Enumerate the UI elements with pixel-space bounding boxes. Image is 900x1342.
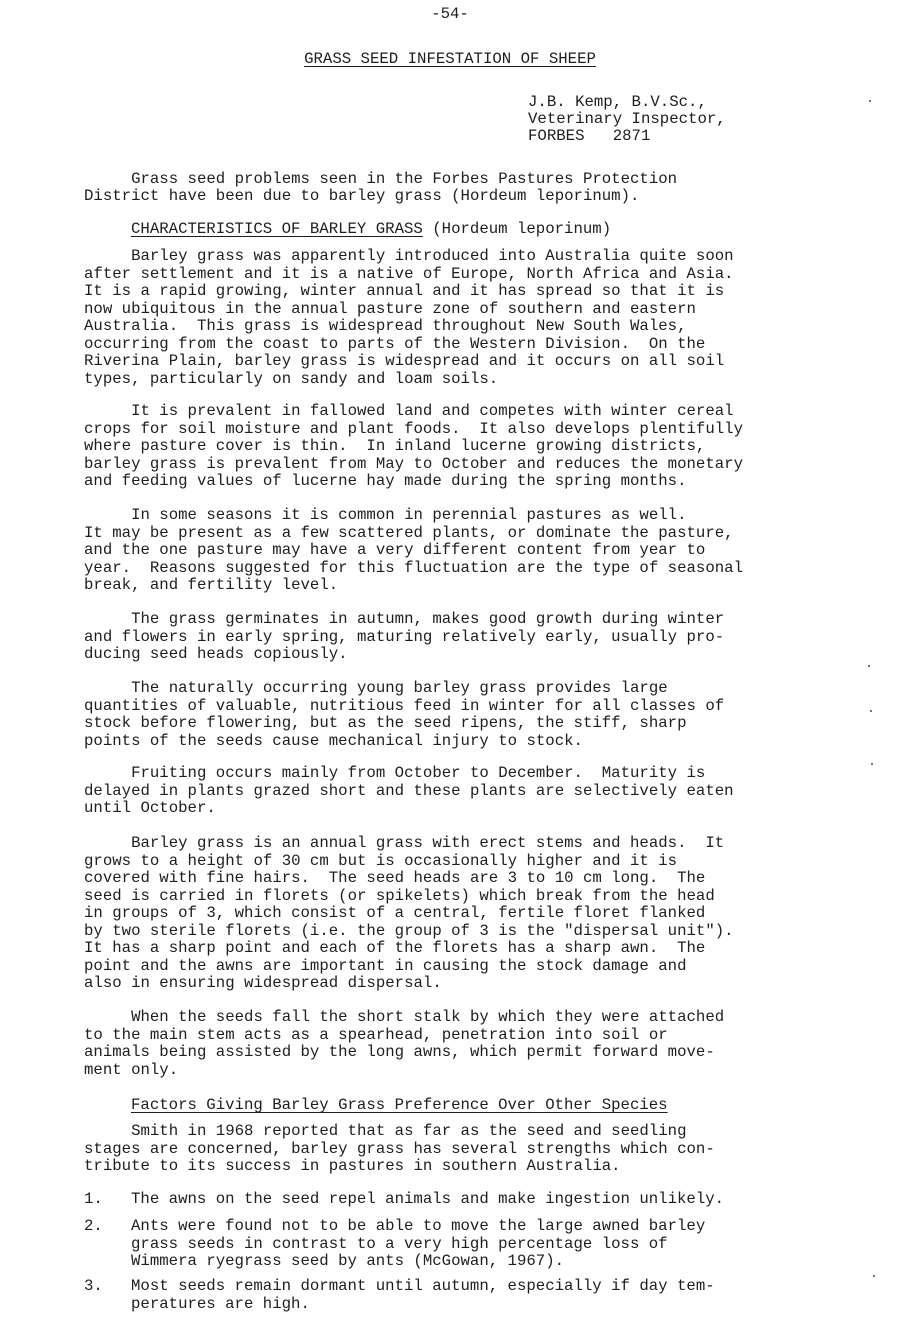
text-line: quantities of valuable, nutritious feed … (84, 698, 724, 715)
text-line: It is prevalent in fallowed land and com… (84, 403, 734, 420)
text-line: year. Reasons suggested for this fluctua… (84, 560, 743, 577)
text-line: Barley grass is an annual grass with ere… (84, 835, 724, 852)
text-line: Most seeds remain dormant until autumn, … (131, 1278, 715, 1295)
text-line: Grass seed problems seen in the Forbes P… (84, 171, 677, 188)
text-line: ment only. (84, 1062, 178, 1079)
section-heading-text: CHARACTERISTICS OF BARLEY GRASS (131, 220, 423, 238)
text-line: tribute to its success in pastures in so… (84, 1158, 621, 1175)
text-line: in groups of 3, which consist of a centr… (84, 905, 705, 922)
text-line: and flowers in early spring, maturing re… (84, 629, 724, 646)
list-number: 3. (84, 1278, 103, 1295)
text-line: now ubiquitous in the annual pasture zon… (84, 301, 696, 318)
text-line: barley grass is prevalent from May to Oc… (84, 456, 743, 473)
text-line: Smith in 1968 reported that as far as th… (84, 1123, 687, 1140)
document-page: -54- GRASS SEED INFESTATION OF SHEEP J.B… (0, 0, 900, 1342)
text-line: break, and fertility level. (84, 577, 338, 594)
list-number: 2. (84, 1218, 103, 1235)
text-line: Wimmera ryegrass seed by ants (McGowan, … (131, 1253, 564, 1270)
text-line: The grass germinates in autumn, makes go… (84, 611, 724, 628)
text-line: occurring from the coast to parts of the… (84, 336, 705, 353)
text-line: by two sterile florets (i.e. the group o… (84, 923, 734, 940)
text-line: animals being assisted by the long awns,… (84, 1044, 715, 1061)
text-line: Riverina Plain, barley grass is widespre… (84, 353, 724, 370)
text-line: stock before flowering, but as the seed … (84, 715, 687, 732)
text-line: When the seeds fall the short stalk by w… (84, 1009, 724, 1026)
text-line: In some seasons it is common in perennia… (84, 507, 687, 524)
text-line: The awns on the seed repel animals and m… (131, 1191, 724, 1208)
scan-speck (870, 710, 872, 712)
document-title: GRASS SEED INFESTATION OF SHEEP (0, 51, 900, 68)
text-line: grows to a height of 30 cm but is occasi… (84, 853, 677, 870)
scan-speck (871, 763, 873, 765)
text-line: Barley grass was apparently introduced i… (84, 248, 734, 265)
text-line: covered with fine hairs. The seed heads … (84, 870, 705, 887)
scan-speck (869, 100, 871, 102)
text-line: also in ensuring widespread dispersal. (84, 975, 442, 992)
text-line: crops for soil moisture and plant foods.… (84, 421, 743, 438)
text-line: It has a sharp point and each of the flo… (84, 940, 705, 957)
text-line: stages are concerned, barley grass has s… (84, 1141, 715, 1158)
author-location: FORBES 2871 (528, 128, 650, 145)
text-line: until October. (84, 800, 216, 817)
section-heading: CHARACTERISTICS OF BARLEY GRASS (Hordeum… (131, 221, 611, 238)
text-line: and the one pasture may have a very diff… (84, 542, 705, 559)
text-line: Australia. This grass is widespread thro… (84, 318, 687, 335)
text-line: ducing seed heads copiously. (84, 646, 348, 663)
author-name: J.B. Kemp, B.V.Sc., (528, 94, 707, 111)
list-number: 1. (84, 1191, 103, 1208)
text-line: types, particularly on sandy and loam so… (84, 371, 498, 388)
text-line: The naturally occurring young barley gra… (84, 680, 668, 697)
text-line: Fruiting occurs mainly from October to D… (84, 765, 705, 782)
text-line: delayed in plants grazed short and these… (84, 783, 734, 800)
section-heading-factors: Factors Giving Barley Grass Preference O… (131, 1097, 668, 1114)
page-number: -54- (0, 6, 900, 23)
text-line: after settlement and it is a native of E… (84, 266, 734, 283)
author-position: Veterinary Inspector, (528, 111, 726, 128)
text-line: to the main stem acts as a spearhead, pe… (84, 1027, 668, 1044)
text-line: District have been due to barley grass (… (84, 188, 639, 205)
text-line: point and the awns are important in caus… (84, 958, 687, 975)
text-line: where pasture cover is thin. In inland l… (84, 438, 705, 455)
text-line: peratures are high. (131, 1296, 310, 1313)
text-line: Ants were found not to be able to move t… (131, 1218, 705, 1235)
text-line: points of the seeds cause mechanical inj… (84, 733, 583, 750)
text-line: grass seeds in contrast to a very high p… (131, 1236, 668, 1253)
text-line: seed is carried in florets (or spikelets… (84, 888, 715, 905)
scan-speck (873, 1275, 875, 1277)
text-line: It is a rapid growing, winter annual and… (84, 283, 724, 300)
section-heading-suffix: (Hordeum leporinum) (423, 220, 611, 238)
scan-speck (868, 665, 870, 667)
text-line: and feeding values of lucerne hay made d… (84, 473, 687, 490)
text-line: It may be present as a few scattered pla… (84, 525, 734, 542)
